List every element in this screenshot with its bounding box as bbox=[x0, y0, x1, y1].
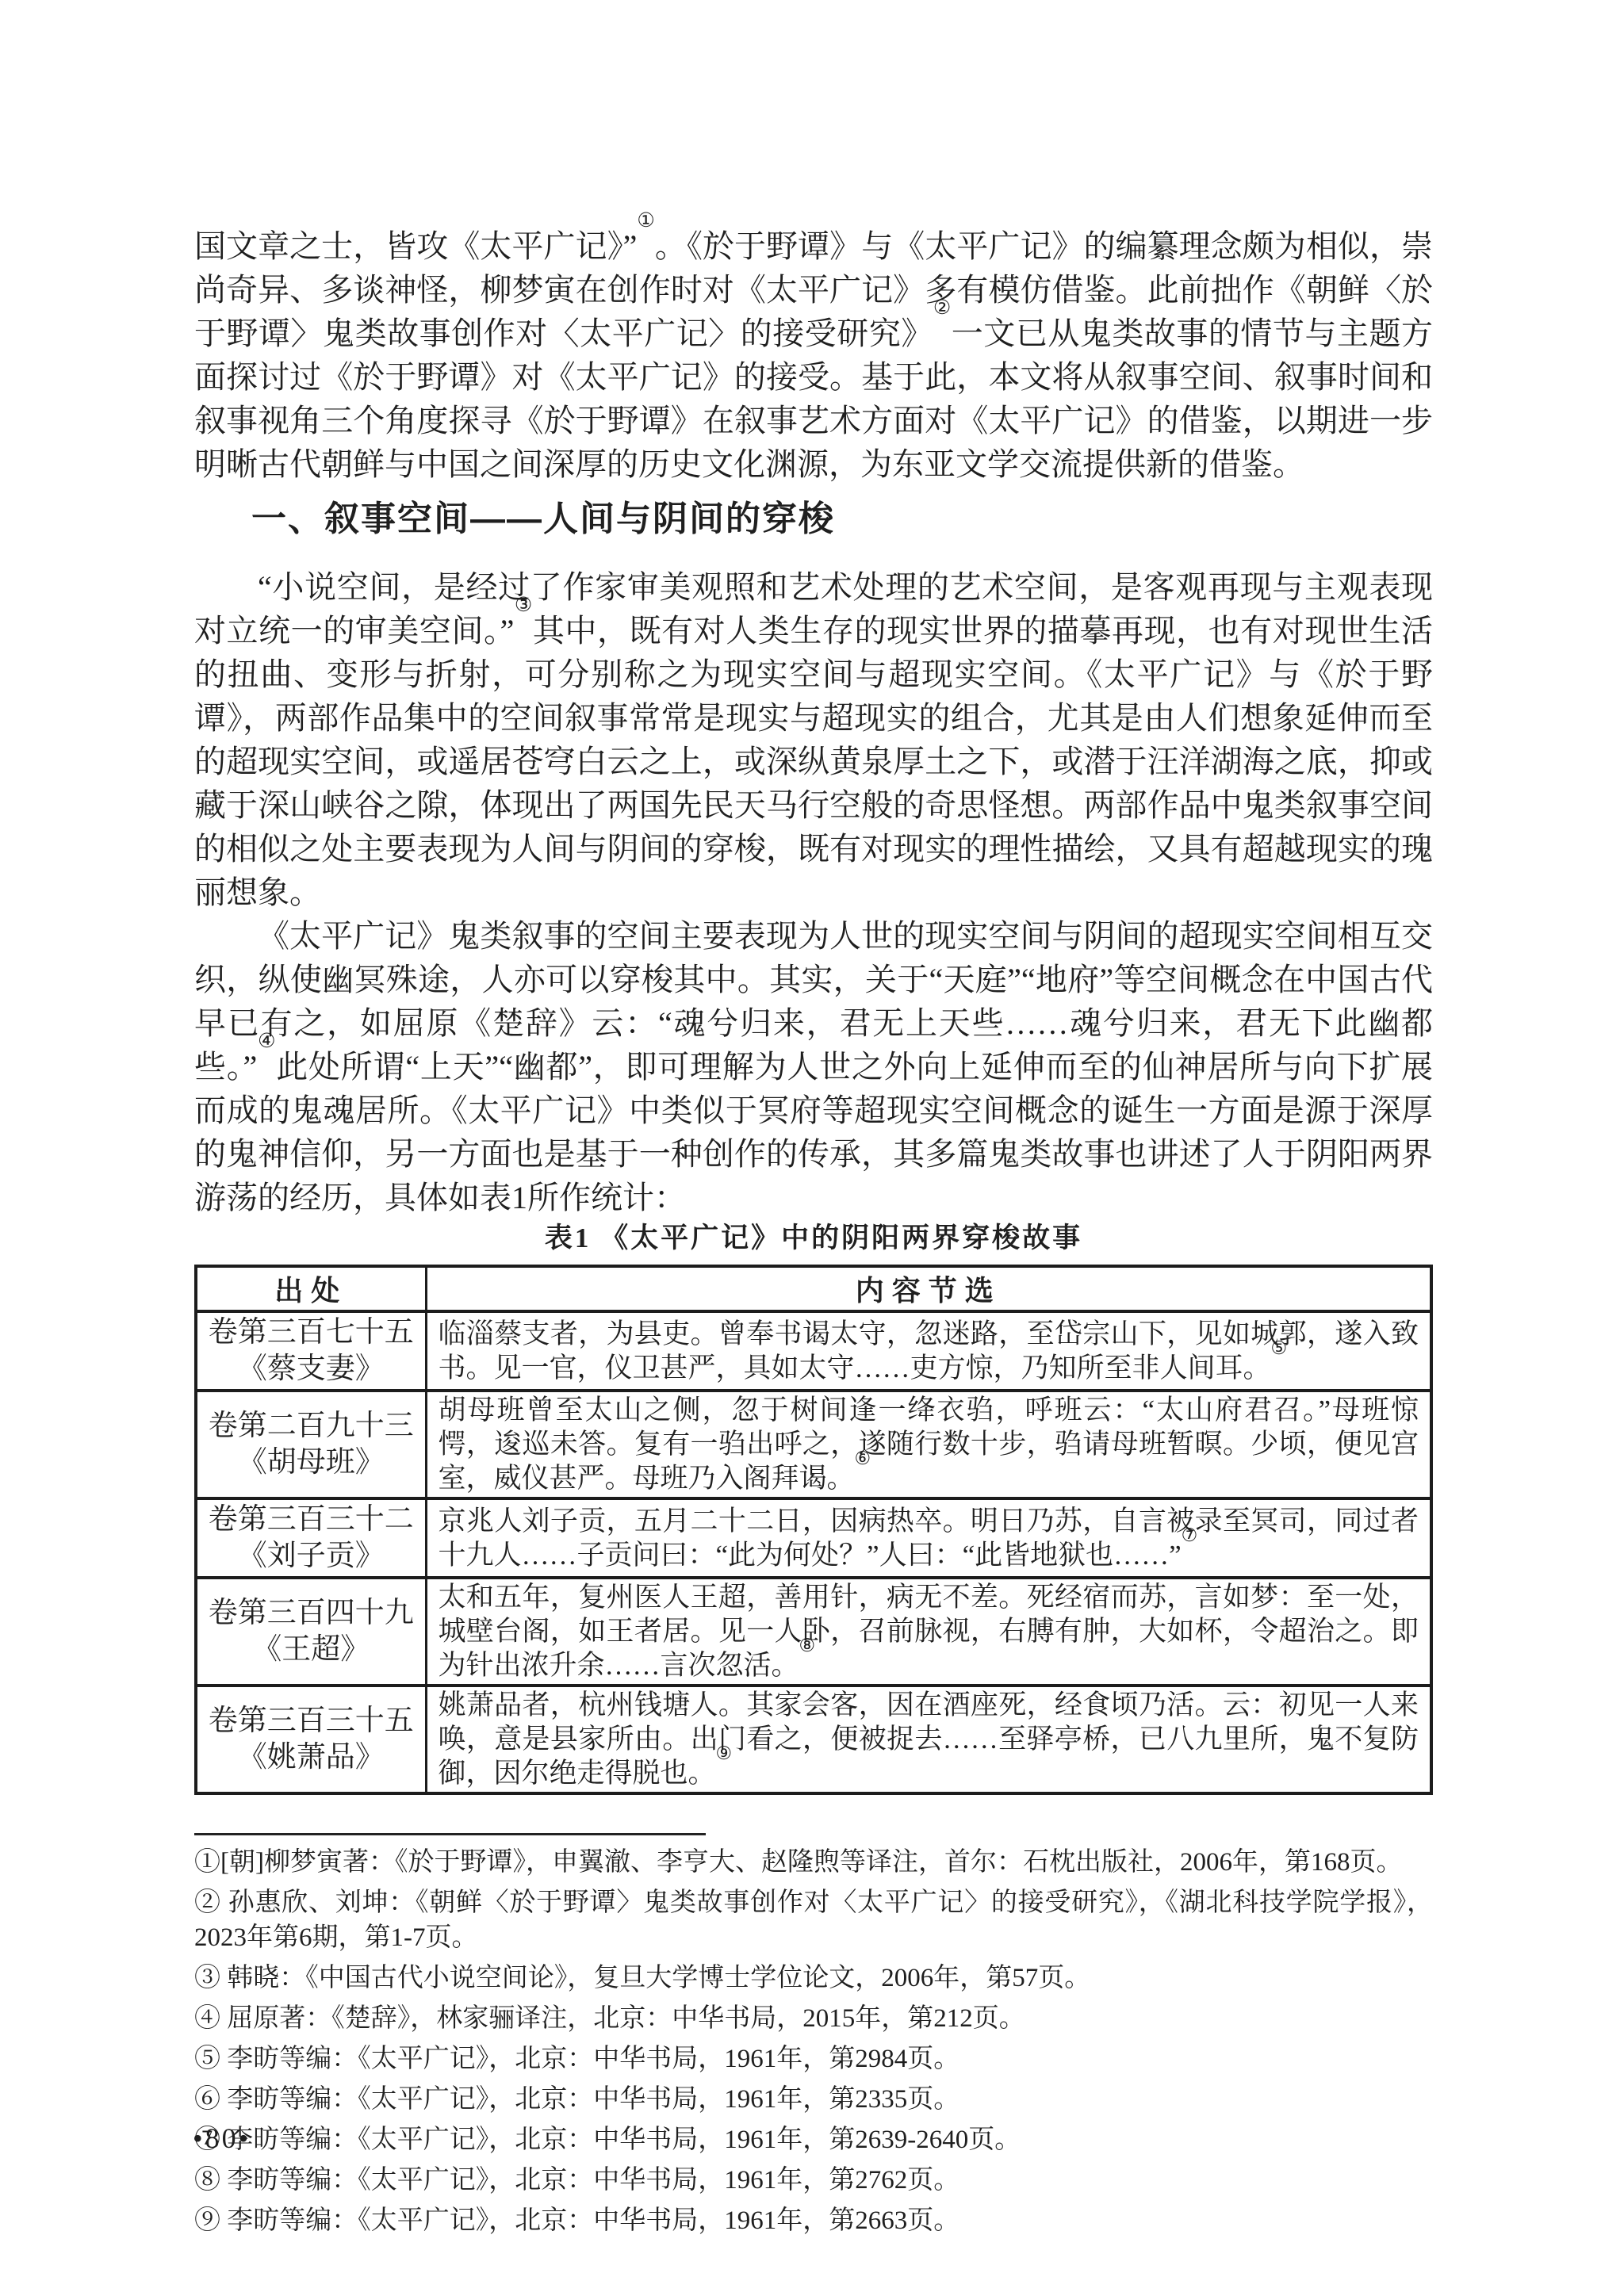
table-header-excerpt: 内容节选 bbox=[426, 1266, 1431, 1311]
body-text: 国文章之士，皆攻《太平广记》”①。《於于野谭》与《太平广记》的编纂理念颇为相似，… bbox=[194, 224, 1433, 1219]
source-cell: 卷第三百三十五《姚萧品》 bbox=[196, 1686, 426, 1793]
source-title: 《蔡支妻》 bbox=[202, 1351, 420, 1387]
footnote-separator bbox=[194, 1833, 706, 1835]
table-row: 卷第二百九十三《胡母班》胡母班曾至太山之侧，忽于树间逢一绛衣驺，呼班云：“太山府… bbox=[196, 1391, 1431, 1498]
source-volume: 卷第三百三十五 bbox=[202, 1703, 420, 1739]
excerpt-text: 姚萧品者，杭州钱塘人。其家会客，因在酒座死，经食顷乃活。云：初见一人来唤，意是县… bbox=[439, 1689, 1419, 1789]
footnotes: ①[朝]柳梦寅著：《於于野谭》，申翼澈、李亨大、赵隆煦等译注，首尔：石枕出版社，… bbox=[194, 1845, 1433, 2238]
footnote-ref: ⑨ bbox=[716, 1743, 733, 1763]
page: 国文章之士，皆攻《太平广记》”①。《於于野谭》与《太平广记》的编纂理念颇为相似，… bbox=[0, 0, 1624, 2296]
table-caption: 表1 《太平广记》中的阴阳两界穿梭故事 bbox=[194, 1221, 1433, 1256]
footnote-ref: ② bbox=[933, 297, 952, 319]
excerpt-text: 京兆人刘子贡，五月二十二日，因病热卒。明日乃苏，自言被录至冥司，同过者十九人……… bbox=[439, 1506, 1419, 1571]
source-cell: 卷第三百三十二《刘子贡》 bbox=[196, 1498, 426, 1578]
excerpt-text: 胡母班曾至太山之侧，忽于树间逢一绛衣驺，呼班云：“太山府君召。”母班惊愕，逡巡未… bbox=[439, 1395, 1419, 1494]
footnote-item: ⑥ 李昉等编：《太平广记》，北京：中华书局，1961年，第2335页。 bbox=[194, 2082, 1433, 2117]
footnote-item: ③ 韩晓：《中国古代小说空间论》，复旦大学博士学位论文，2006年，第57页。 bbox=[194, 1961, 1433, 1996]
source-volume: 卷第二百九十三 bbox=[202, 1408, 420, 1445]
source-volume: 卷第三百七十五 bbox=[202, 1314, 420, 1351]
table-header-row: 出处 内容节选 bbox=[196, 1266, 1431, 1311]
excerpt-cell: 京兆人刘子贡，五月二十二日，因病热卒。明日乃苏，自言被录至冥司，同过者十九人……… bbox=[426, 1498, 1431, 1578]
source-title: 《刘子贡》 bbox=[202, 1538, 420, 1575]
table-row: 卷第三百三十五《姚萧品》姚萧品者，杭州钱塘人。其家会客，因在酒座死，经食顷乃活。… bbox=[196, 1686, 1431, 1793]
source-volume: 卷第三百四十九 bbox=[202, 1595, 420, 1632]
footnote-ref: ① bbox=[637, 210, 655, 232]
excerpt-cell: 临淄蔡支者，为县吏。曾奉书谒太守，忽迷路，至岱宗山下，见如城郭，遂入致书。见一官… bbox=[426, 1311, 1431, 1391]
table-row: 卷第三百七十五《蔡支妻》临淄蔡支者，为县吏。曾奉书谒太守，忽迷路，至岱宗山下，见… bbox=[196, 1311, 1431, 1391]
paragraph: 《太平广记》鬼类叙事的空间主要表现为人世的现实空间与阴间的超现实空间相互交织，纵… bbox=[194, 914, 1433, 1219]
story-table: 出处 内容节选 卷第三百七十五《蔡支妻》临淄蔡支者，为县吏。曾奉书谒太守，忽迷路… bbox=[194, 1265, 1433, 1795]
footnote-ref: ③ bbox=[514, 595, 533, 616]
source-title: 《胡母班》 bbox=[202, 1445, 420, 1481]
section-heading: 一、叙事空间——人间与阴间的穿梭 bbox=[251, 497, 1433, 541]
table-row: 卷第三百四十九《王超》太和五年，复州医人王超，善用针，病无不差。死经宿而苏，言如… bbox=[196, 1578, 1431, 1686]
footnote-ref: ④ bbox=[257, 1031, 276, 1052]
excerpt-text: 太和五年，复州医人王超，善用针，病无不差。死经宿而苏，言如梦：至一处，城壁台阁，… bbox=[439, 1582, 1419, 1681]
footnote-item: ⑤ 李昉等编：《太平广记》，北京：中华书局，1961年，第2984页。 bbox=[194, 2042, 1433, 2076]
excerpt-cell: 姚萧品者，杭州钱塘人。其家会客，因在酒座死，经食顷乃活。云：初见一人来唤，意是县… bbox=[426, 1686, 1431, 1793]
source-cell: 卷第三百七十五《蔡支妻》 bbox=[196, 1311, 426, 1391]
source-volume: 卷第三百三十二 bbox=[202, 1502, 420, 1538]
excerpt-cell: 胡母班曾至太山之侧，忽于树间逢一绛衣驺，呼班云：“太山府君召。”母班惊愕，逡巡未… bbox=[426, 1391, 1431, 1498]
footnote-ref: ⑤ bbox=[1271, 1338, 1288, 1358]
footnote-item: ①[朝]柳梦寅著：《於于野谭》，申翼澈、李亨大、赵隆煦等译注，首尔：石枕出版社，… bbox=[194, 1845, 1433, 1880]
source-cell: 卷第三百四十九《王超》 bbox=[196, 1578, 426, 1686]
source-title: 《姚萧品》 bbox=[202, 1739, 420, 1776]
footnote-ref: ⑥ bbox=[855, 1448, 871, 1468]
page-number: •80• bbox=[193, 2122, 251, 2155]
source-cell: 卷第二百九十三《胡母班》 bbox=[196, 1391, 426, 1498]
footnote-item: ⑦ 李昉等编：《太平广记》，北京：中华书局，1961年，第2639-2640页。 bbox=[194, 2122, 1433, 2157]
paragraph: “小说空间，是经过了作家审美观照和艺术处理的艺术空间，是客观再现与主观表现对立统… bbox=[194, 565, 1433, 914]
source-title: 《王超》 bbox=[202, 1632, 420, 1668]
excerpt-cell: 太和五年，复州医人王超，善用针，病无不差。死经宿而苏，言如梦：至一处，城壁台阁，… bbox=[426, 1578, 1431, 1686]
footnote-item: ④ 屈原著：《楚辞》，林家骊译注，北京：中华书局，2015年，第212页。 bbox=[194, 2001, 1433, 2036]
table-row: 卷第三百三十二《刘子贡》京兆人刘子贡，五月二十二日，因病热卒。明日乃苏，自言被录… bbox=[196, 1498, 1431, 1578]
footnote-item: ⑨ 李昉等编：《太平广记》，北京：中华书局，1961年，第2663页。 bbox=[194, 2203, 1433, 2238]
footnote-ref: ⑧ bbox=[799, 1636, 816, 1655]
paragraph: 国文章之士，皆攻《太平广记》”①。《於于野谭》与《太平广记》的编纂理念颇为相似，… bbox=[194, 224, 1433, 486]
footnote-ref: ⑦ bbox=[1182, 1525, 1198, 1545]
footnote-item: ② 孙惠欣、刘坤：《朝鲜〈於于野谭〉鬼类故事创作对〈太平广记〉的接受研究》，《湖… bbox=[194, 1885, 1433, 1955]
table-body: 卷第三百七十五《蔡支妻》临淄蔡支者，为县吏。曾奉书谒太守，忽迷路，至岱宗山下，见… bbox=[196, 1311, 1431, 1793]
table-header-source: 出处 bbox=[196, 1266, 426, 1311]
footnote-item: ⑧ 李昉等编：《太平广记》，北京：中华书局，1961年，第2762页。 bbox=[194, 2163, 1433, 2198]
